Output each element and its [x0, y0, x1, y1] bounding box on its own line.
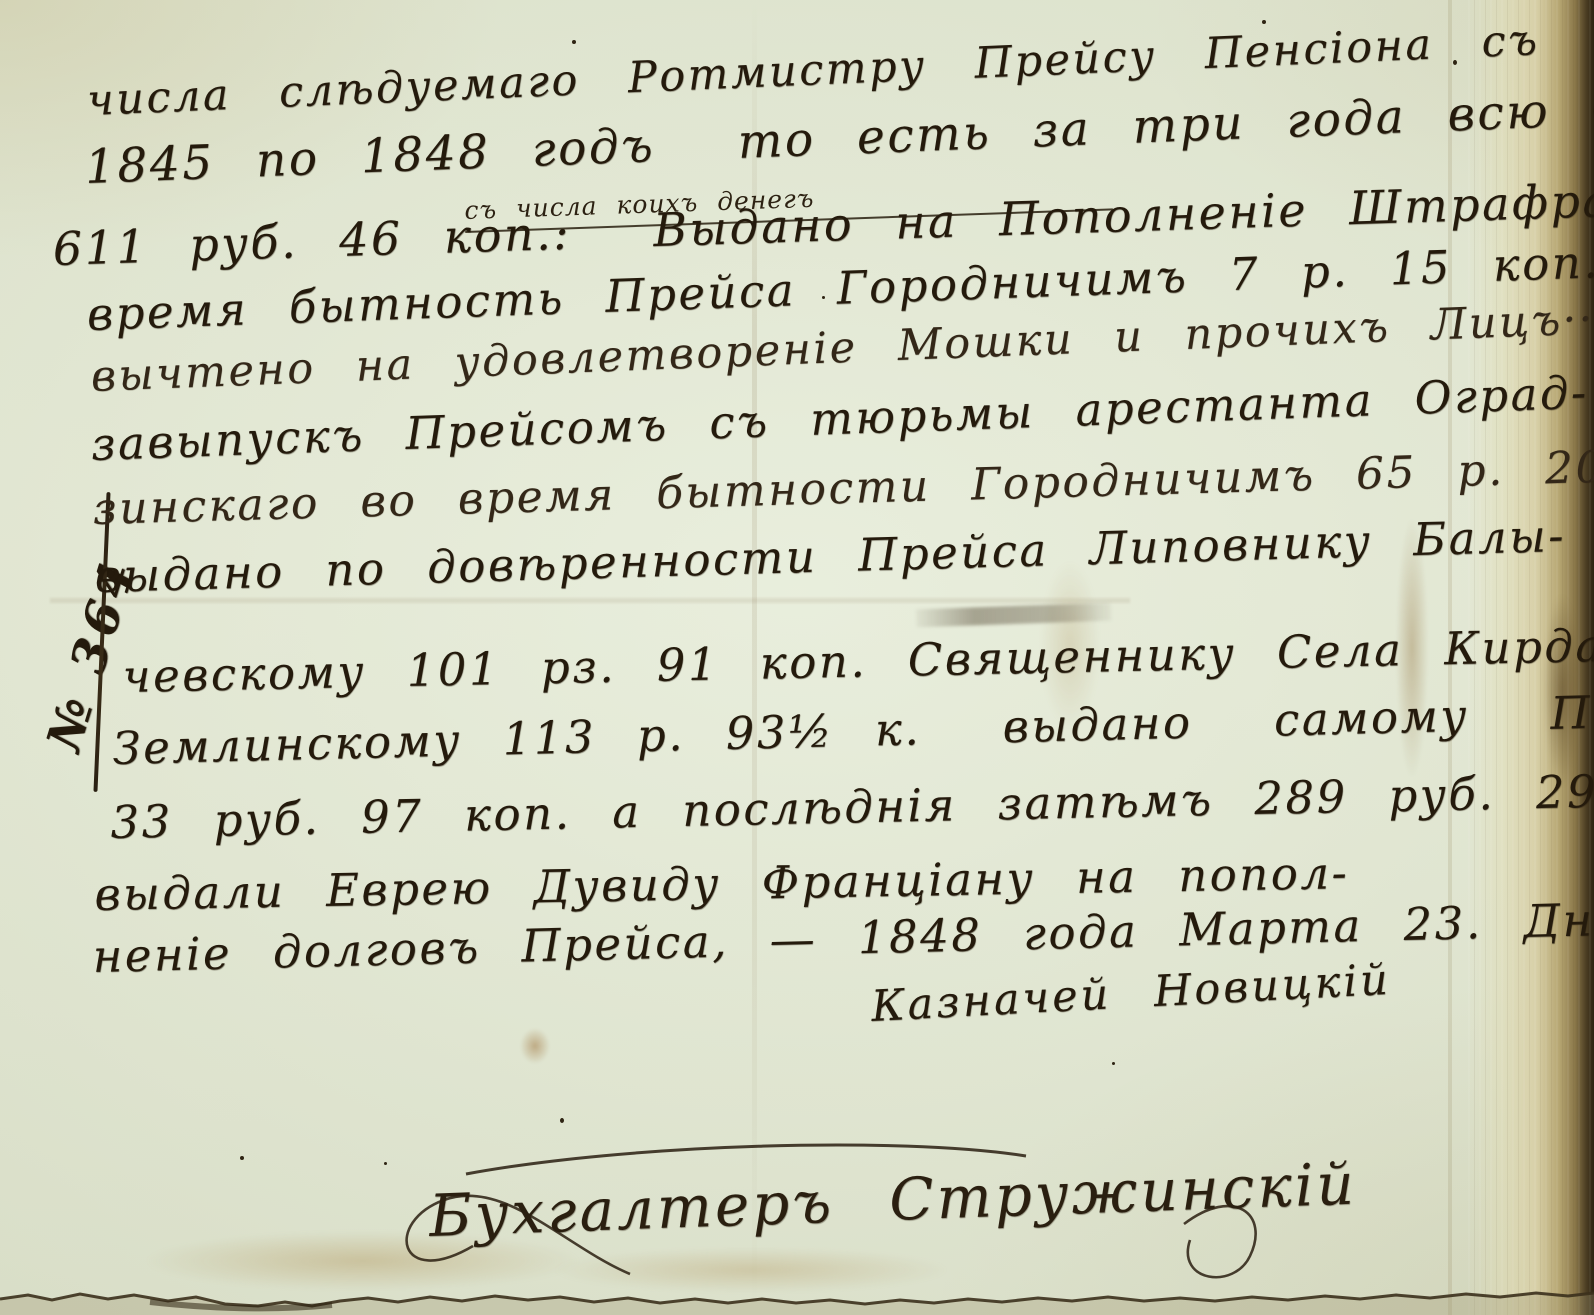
treasurer-signature: Казначей Новицкій	[870, 955, 1392, 1032]
manuscript-line-11: 33 руб. 97 коп. а послѣднія затѣмъ 289 р…	[110, 762, 1594, 849]
ink-speck	[560, 1118, 564, 1123]
stain	[520, 1028, 550, 1064]
ink-speck	[240, 1156, 244, 1160]
ink-speck	[572, 40, 576, 44]
ink-speck	[1112, 1062, 1115, 1065]
manuscript-page: № 364 числа слѣдуемаго Ротмистру Прейсу …	[0, 0, 1594, 1315]
ink-smudge	[916, 603, 1112, 628]
ink-speck	[1262, 20, 1266, 24]
